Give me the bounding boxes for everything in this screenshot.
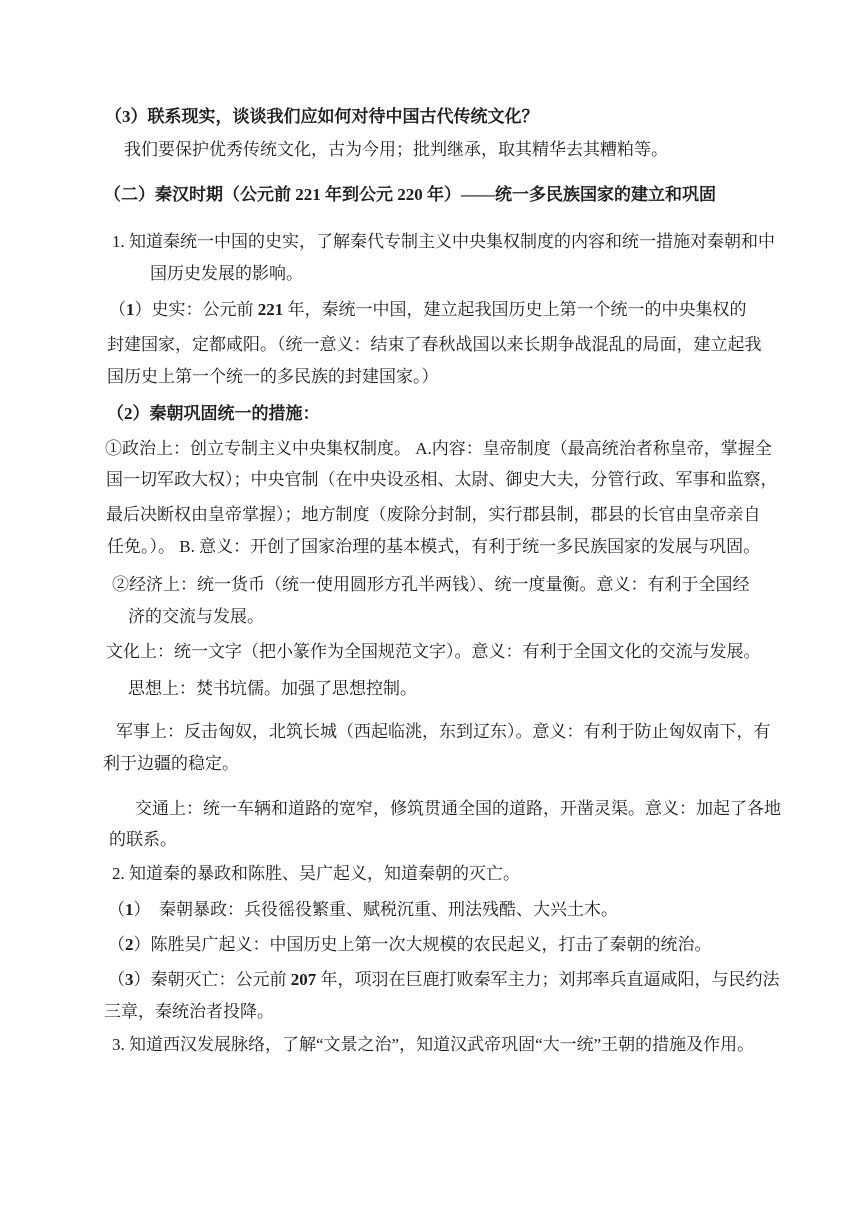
text-line-culture: 文化上：统一文字（把小篆作为全国规范文字）。意义：有利于全国文化的交流与发展。	[106, 639, 761, 665]
text-line-military-a: 军事上：反击匈奴，北筑长城（西起临洮，东到辽东）。意义：有利于防止匈奴南下，有	[116, 719, 771, 745]
text-line-fact-b: 封建国家，定都咸阳。（统一意义：结束了春秋战国以来长期争战混乱的局面，建立起我	[107, 332, 762, 358]
text-line-politics-b: 国一切军政大权）；中央官制（在中央设丞相、太尉、御史大夫，分管行政、军事和监察，	[106, 467, 778, 493]
subheading-measures: （2）秦朝巩固统一的措施：	[107, 401, 320, 427]
text-line-fall-b: 三章，秦统治者投降。	[104, 999, 274, 1025]
text-line-politics-a: ①政治上：创立专制主义中央集权制度。 A.内容：皇帝制度（最高统治者称皇帝，掌握…	[105, 436, 772, 462]
text-line-point1-b: 国历史发展的影响。	[150, 261, 303, 287]
document-page: （3）联系现实，谈谈我们应如何对待中国古代传统文化？ 我们要保护优秀传统文化，古…	[0, 0, 860, 1216]
text-line-transport-b: 的联系。	[109, 827, 177, 853]
text-line-fact-a: （1）史实：公元前 221 年，秦统一中国，建立起我国历史上第一个统一的中央集权…	[109, 297, 747, 323]
text-line-fall-a: （3）秦朝灭亡：公元前 207 年，项羽在巨鹿打败秦军主力；刘邦率兵直逼咸阳，与…	[108, 967, 780, 993]
text-line-economy-b: 济的交流与发展。	[128, 604, 264, 630]
text-line-transport-a: 交通上：统一车辆和道路的宽窄，修筑贯通全国的道路，开凿灵渠。意义：加起了各地	[135, 796, 781, 822]
text-line-fact-c: 国历史上第一个统一的多民族的封建国家。）	[107, 364, 439, 390]
text-line-economy-a: ②经济上：统一货币（统一使用圆形方孔半两钱）、统一度量衡。意义：有利于全国经	[112, 572, 750, 598]
text-line-point2: 2. 知道秦的暴政和陈胜、吴广起义，知道秦朝的灭亡。	[112, 861, 520, 887]
text-line-politics-c: 最后决断权由皇帝掌握）；地方制度（废除分封制，实行郡县制，郡县的长官由皇帝亲自	[106, 502, 761, 528]
text-line-uprising: （2）陈胜吴广起义：中国历史上第一次大规模的农民起义，打击了秦朝的统治。	[108, 932, 712, 958]
text-line-question-3: （3）联系现实，谈谈我们应如何对待中国古代传统文化？	[105, 104, 539, 130]
text-line-point1-a: 1. 知道秦统一中国的史实，了解秦代专制主义中央集权制度的内容和统一措施对秦朝和…	[112, 229, 775, 255]
text-line-thought: 思想上：焚书坑儒。加强了思想控制。	[128, 676, 417, 702]
text-line-point3: 3. 知道西汉发展脉络，了解“文景之治”，知道汉武帝巩固“大一统”王朝的措施及作…	[112, 1032, 754, 1058]
text-line-tyranny: （1） 秦朝暴政：兵役徭役繁重、赋税沉重、刑法残酷、大兴土木。	[108, 897, 618, 923]
text-line-answer-3: 我们要保护优秀传统文化，古为今用；批判继承，取其精华去其糟粕等。	[124, 137, 668, 163]
text-line-politics-d: 任免。）。 B. 意义：开创了国家治理的基本模式，有利于统一多民族国家的发展与巩…	[107, 534, 760, 560]
section-heading-qin-han: （二）秦汉时期（公元前 221 年到公元 220 年）——统一多民族国家的建立和…	[104, 182, 716, 208]
text-line-military-b: 利于边疆的稳定。	[103, 751, 239, 777]
